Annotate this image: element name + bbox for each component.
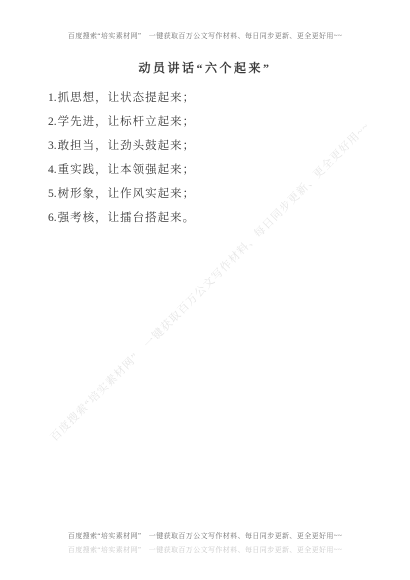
list-item-text: 学先进，让标杆立起来； bbox=[58, 116, 196, 128]
footer-promo-text: 百度搜索“培实素材网” 一键获取百万公文写作材料、每日同步更新、更全更好用~~ bbox=[0, 531, 410, 541]
list-item: 2.学先进，让标杆立起来； bbox=[48, 110, 390, 134]
page-footer: 百度搜索“培实素材网” 一键获取百万公文写作材料、每日同步更新、更全更好用~~ … bbox=[0, 531, 410, 555]
list-item: 6.强考核，让擂台搭起来。 bbox=[48, 206, 390, 230]
list-item: 4.重实践，让本领强起来； bbox=[48, 158, 390, 182]
list-item-number: 3. bbox=[48, 140, 57, 152]
list-item-text: 重实践，让本领强起来； bbox=[58, 164, 196, 176]
list-item: 1.抓思想，让状态提起来； bbox=[48, 86, 390, 110]
list-item-text: 敢担当，让劲头鼓起来； bbox=[58, 140, 196, 152]
list-item-number: 6. bbox=[48, 212, 57, 224]
list-item: 5.树形象，让作风实起来； bbox=[48, 182, 390, 206]
numbered-list: 1.抓思想，让状态提起来； 2.学先进，让标杆立起来； 3.敢担当，让劲头鼓起来… bbox=[48, 86, 390, 230]
page-header-promo-text: 百度搜索“培实素材网” 一键获取百万公文写作材料、每日同步更新、更全更好用~~ bbox=[0, 31, 410, 41]
list-item-number: 2. bbox=[48, 116, 57, 128]
footer-promo-echo-text: 百度搜索“培实素材网” 一键获取百万公文写作材料、每日同步更新、更全更好用~~ bbox=[0, 545, 410, 555]
document-page: 百度搜索“培实素材网” 一键获取百万公文写作材料、每日同步更新、更全更好用~~ … bbox=[0, 0, 410, 580]
list-item-text: 强考核，让擂台搭起来。 bbox=[58, 212, 196, 224]
list-item-number: 1. bbox=[48, 92, 57, 104]
document-title: 动员讲话“六个起来” bbox=[0, 59, 410, 76]
list-item: 3.敢担当，让劲头鼓起来； bbox=[48, 134, 390, 158]
list-item-number: 5. bbox=[48, 188, 57, 200]
list-item-text: 抓思想，让状态提起来； bbox=[58, 92, 196, 104]
list-item-number: 4. bbox=[48, 164, 57, 176]
list-item-text: 树形象，让作风实起来； bbox=[58, 188, 196, 200]
